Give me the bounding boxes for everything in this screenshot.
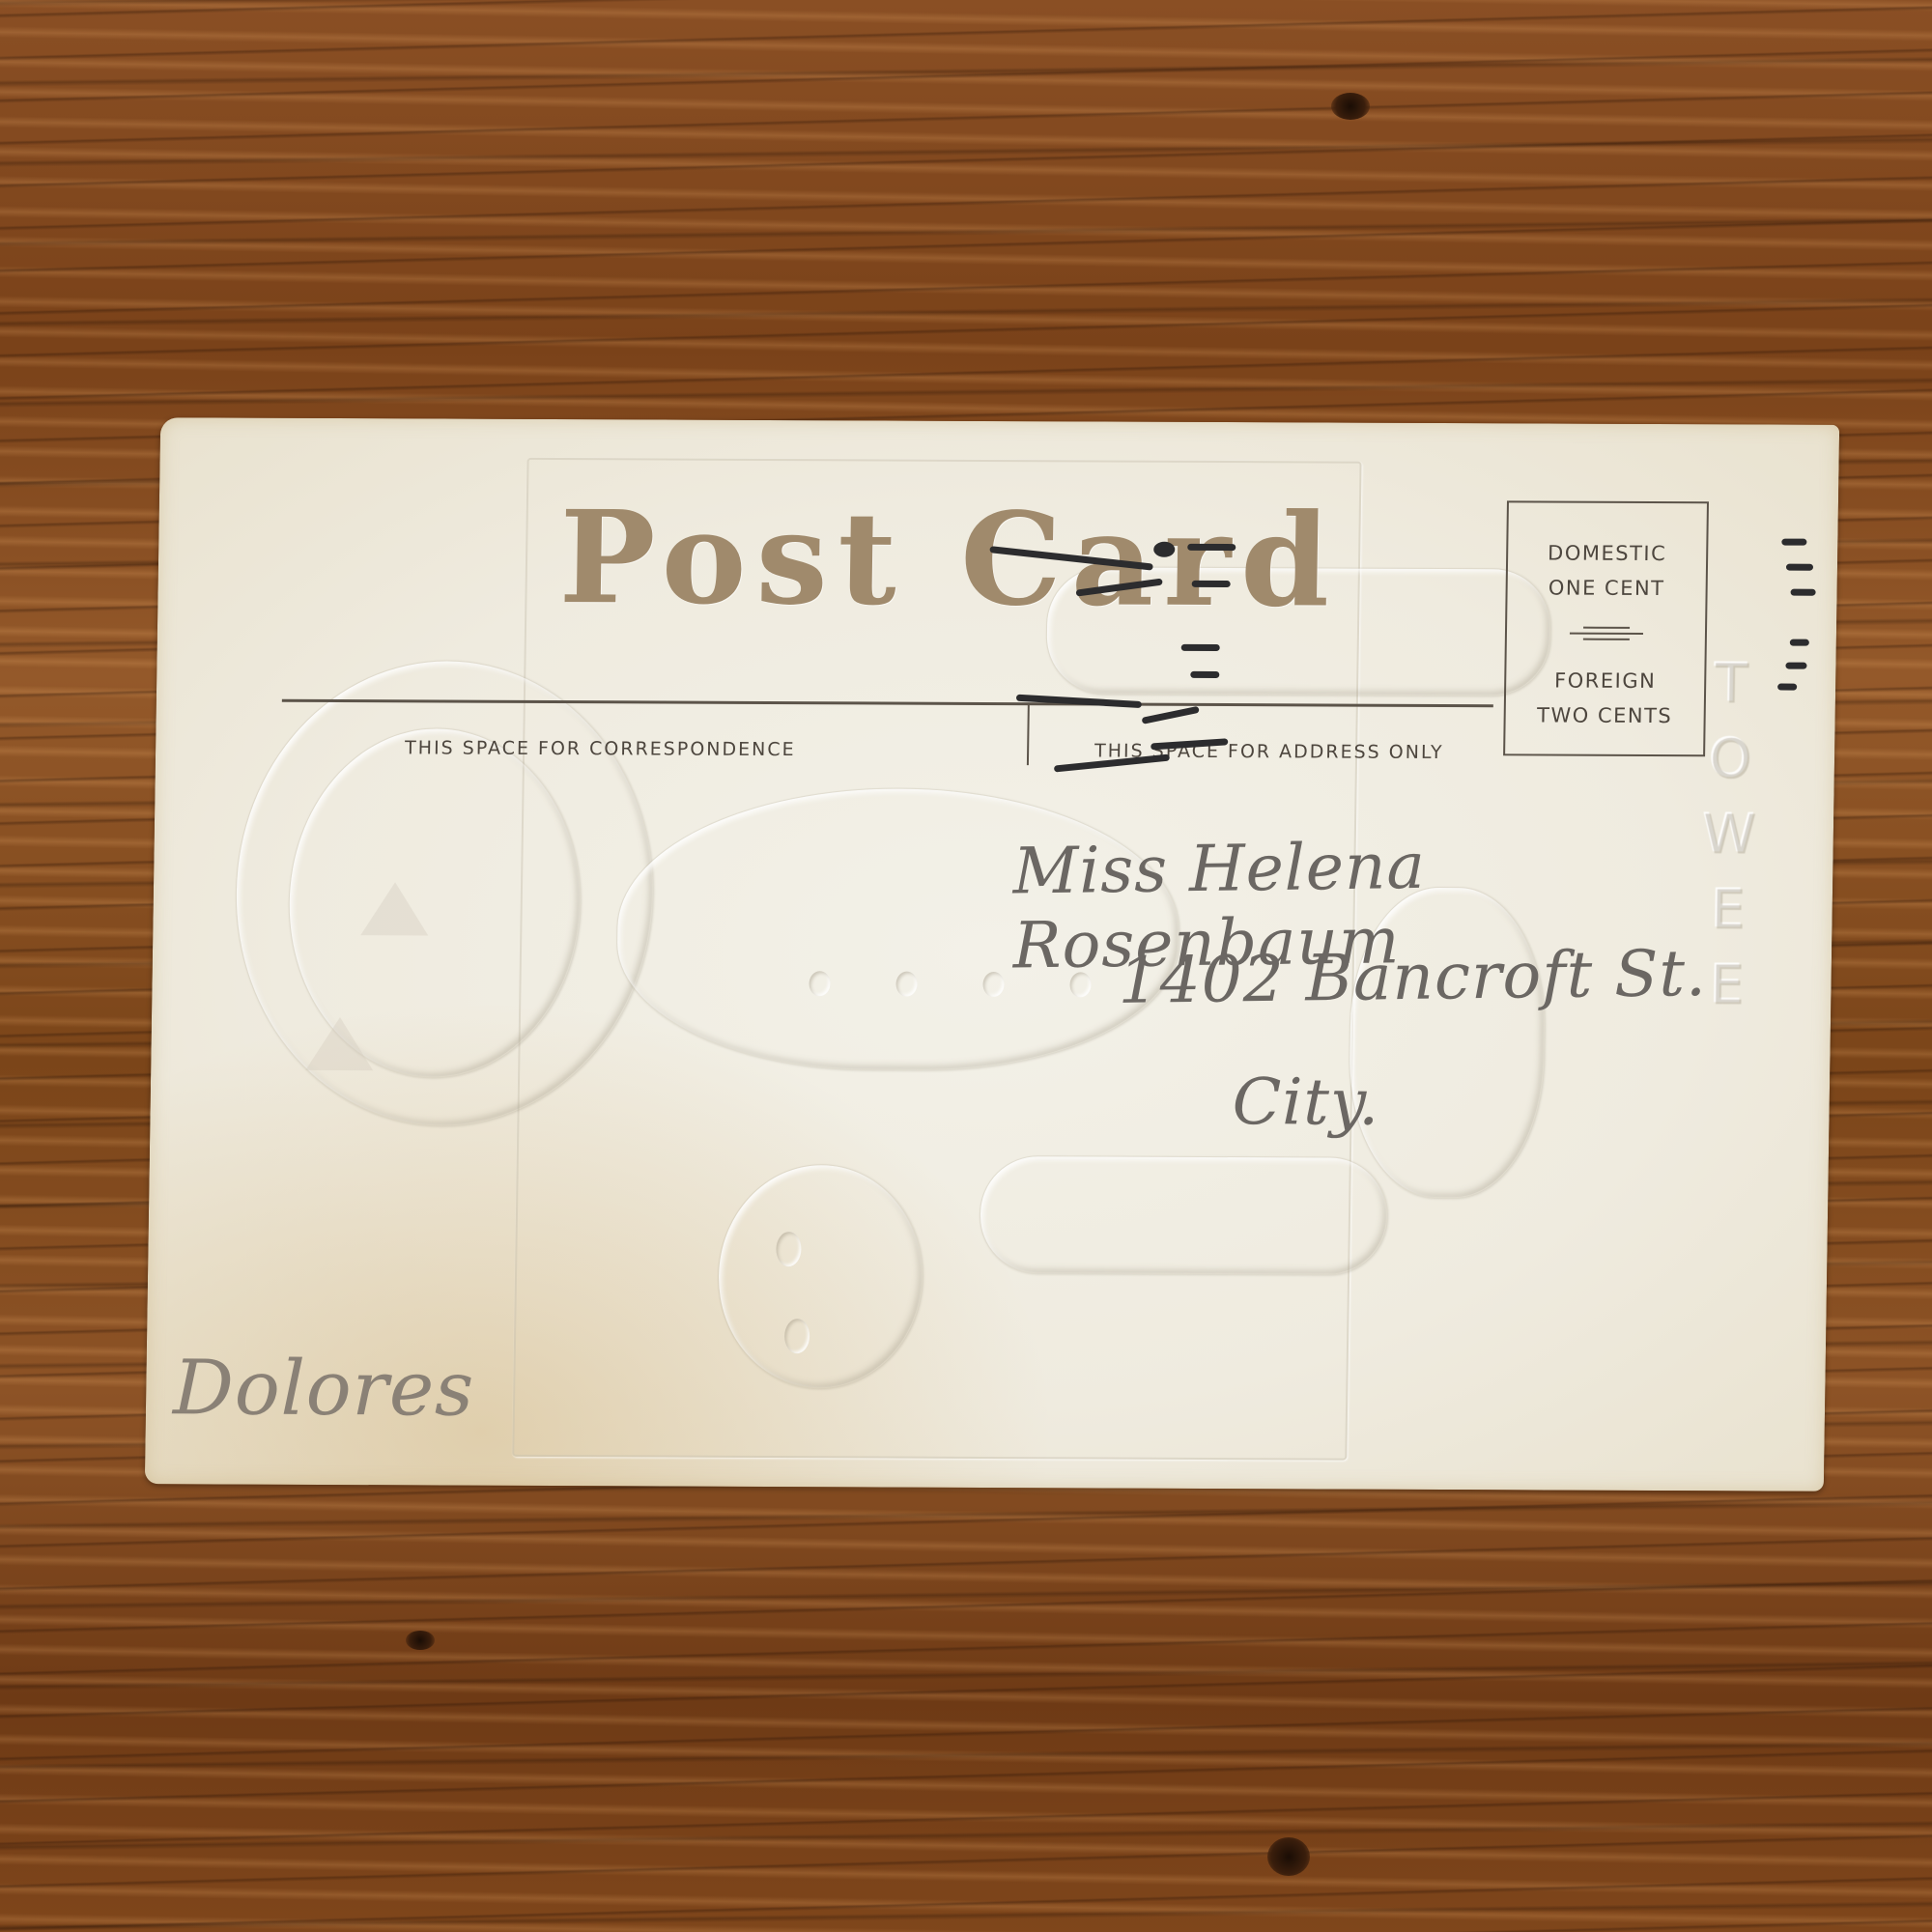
stamp-two-cents: TWO CENTS	[1505, 697, 1704, 733]
postmark-cancel-line	[1181, 644, 1220, 651]
stamp-one-cent: ONE CENT	[1507, 570, 1706, 606]
address-city: City.	[1232, 1065, 1380, 1140]
postmark-cancel-line	[1187, 544, 1236, 551]
postmark-cancel-line	[1790, 639, 1809, 646]
stamp-box: DOMESTIC ONE CENT FOREIGN TWO CENTS	[1503, 500, 1709, 756]
postmark-cancel-line	[1781, 539, 1806, 546]
wood-knot	[1267, 1837, 1310, 1876]
stamp-domestic: DOMESTIC	[1508, 535, 1707, 571]
postcard: TOWEE Post Card THIS SPACE FOR CORRESPON…	[145, 417, 1839, 1492]
address-street: 1402 Bancroft St.	[1119, 936, 1707, 1018]
postmark-cancel-line	[1786, 564, 1813, 571]
embossed-eye-icon	[305, 1017, 374, 1070]
postmark-cancel-line	[1785, 663, 1806, 669]
embossed-carrot	[979, 1155, 1388, 1275]
postmark-cancel-line	[1777, 684, 1797, 691]
postmark-cancel-dot	[1153, 542, 1175, 557]
signature: Dolores	[173, 1345, 475, 1433]
stamp-foreign: FOREIGN	[1506, 663, 1705, 698]
postmark-cancel-line	[1791, 589, 1816, 596]
correspondence-label: THIS SPACE FOR CORRESPONDENCE	[405, 737, 796, 760]
wood-knot	[406, 1631, 435, 1650]
postmark-cancel-line	[1192, 581, 1231, 587]
postmark-cancel-line	[1190, 671, 1219, 678]
postcard-title: Post Card	[558, 483, 1352, 637]
stamp-separator	[1559, 627, 1652, 640]
embossed-eye-icon	[360, 882, 429, 935]
wood-knot	[1331, 93, 1370, 120]
